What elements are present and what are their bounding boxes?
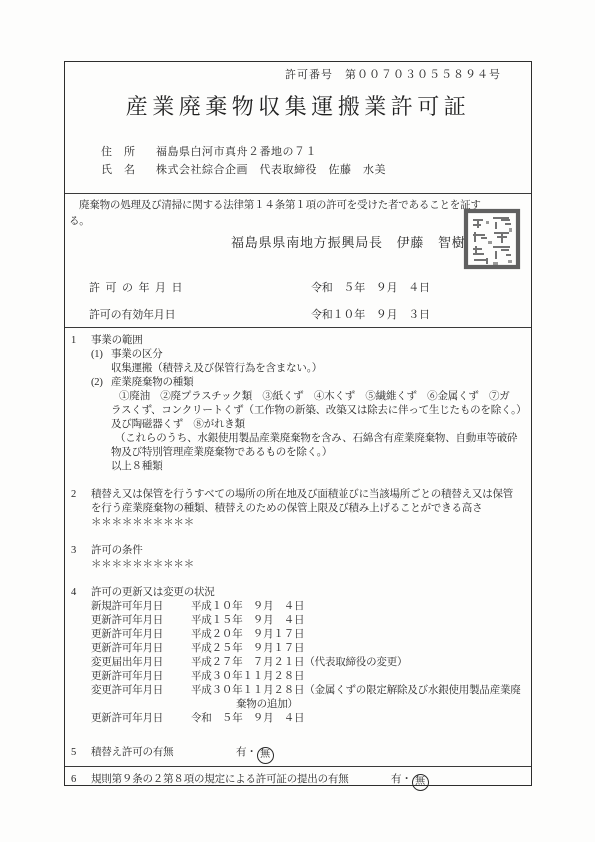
- waste-types-line2: ラスくず、コンクリートくず（工作物の新築、改築又は除去に伴って生じたものを除く。…: [111, 404, 526, 418]
- divider-middle: [65, 327, 531, 328]
- address-label: 住 所: [101, 145, 156, 159]
- document-border-frame: 許可番号 第００７０３０５５８９４号 産業廃棄物収集運搬業許可証 住 所福島県白…: [64, 61, 532, 786]
- section3-value: ＊＊＊＊＊＊＊＊＊＊: [91, 558, 194, 572]
- validity-date-row: 許可の有効年月日令和１０年 ９月 ３日: [89, 308, 430, 322]
- history-row: 更新許可年月日平成２０年 ９月１７日: [91, 628, 304, 642]
- section6-title: 規則第９条の２第８項の規定による許可証の提出の有無: [91, 773, 391, 787]
- permit-date-label: 許可の年月日: [89, 281, 311, 295]
- section2-number: 2: [71, 488, 91, 502]
- history-row: 変更届出年月日平成２７年 ７月２１日（代表取締役の変更）: [91, 656, 407, 670]
- divider-bottom: [65, 766, 531, 767]
- address-value: 福島県白河市真舟２番地の７１: [156, 146, 317, 158]
- history-row: 新規許可年月日平成１０年 ９月 ４日: [91, 600, 304, 614]
- section1-sub2-title: 産業廃棄物の種類: [111, 377, 193, 388]
- section1-sub1-number: (1): [91, 348, 111, 362]
- section5-number: 5: [71, 746, 91, 760]
- history-row-note: （代表取締役の変更）: [304, 657, 407, 668]
- waste-types-line3: 及び陶磁器くず ⑧がれき類: [111, 418, 245, 432]
- name-value: 株式会社綜合企画 代表取締役 佐藤 水美: [156, 164, 386, 176]
- permit-date-row: 許可の年月日令和 ５年 ９月 ４日: [89, 281, 430, 295]
- validity-date-label: 許可の有効年月日: [89, 308, 311, 322]
- section3-heading: 3許可の条件: [71, 544, 143, 558]
- section1-title: 事業の範囲: [91, 335, 143, 346]
- section2-line2: を行う産業廃棄物の種類、積替えのための保管上限及び積み上げることができる高さ: [91, 502, 482, 516]
- waste-note-line2: 物及び特別管理産業廃棄物であるものを除く。）: [111, 446, 332, 460]
- section1-heading: 1事業の範囲: [71, 334, 143, 348]
- section6-heading: 6規則第９条の２第８項の規定による許可証の提出の有無有・無: [71, 773, 429, 787]
- permit-number: 許可番号 第００７０３０５５８９４号: [285, 68, 501, 82]
- page-title: 産業廃棄物収集運搬業許可証: [65, 90, 531, 121]
- section4-number: 4: [71, 586, 91, 600]
- history-row: 更新許可年月日平成３０年１１月２８日: [91, 670, 304, 684]
- waste-types-total: 以上８種類: [111, 460, 163, 474]
- issuer-name: 福島県県南地方振興局長 伊藤 智樹: [231, 236, 466, 250]
- validity-date-value: 令和１０年 ９月 ３日: [311, 309, 430, 321]
- option-no-circled: 無: [257, 747, 274, 764]
- section5-heading: 5積替え許可の有無有・無: [71, 746, 274, 760]
- section4-heading: 4許可の更新又は変更の状況: [71, 586, 215, 600]
- history-row: 更新許可年月日平成２５年 ９月１７日: [91, 642, 304, 656]
- statement-line2: る。: [69, 215, 90, 229]
- section5-title: 積替え許可の有無: [91, 746, 236, 760]
- section2-line1: 積替え又は保管を行うすべての場所の所在地及び面積並びに当該場所ごとの積替え又は保…: [91, 489, 513, 500]
- option-separator: ・: [401, 774, 411, 785]
- section3-title: 許可の条件: [91, 545, 143, 556]
- section3-number: 3: [71, 544, 91, 558]
- history-row: 更新許可年月日平成１５年 ９月 ４日: [91, 614, 304, 628]
- history-row: 更新許可年月日令和 ５年 ９月 ４日: [91, 712, 304, 726]
- permit-date-value: 令和 ５年 ９月 ４日: [311, 282, 430, 294]
- statement-line1: 廃棄物の処理及び清掃に関する法律第１４条第１項の許可を受けた者であることを証す: [79, 199, 481, 213]
- scanned-permit-document: 許可番号 第００７０３０５５８９４号 産業廃棄物収集運搬業許可証 住 所福島県白…: [0, 0, 595, 842]
- section1-sub2-number: (2): [91, 376, 111, 390]
- section1-sub1-heading: (1)事業の区分: [91, 348, 163, 362]
- option-yes: 有: [236, 747, 246, 758]
- section4-title: 許可の更新又は変更の状況: [91, 587, 215, 598]
- name-row: 氏 名株式会社綜合企画 代表取締役 佐藤 水美: [101, 163, 386, 177]
- history-row-note: （金属くずの限定解除及び水銀使用製品産業廃: [304, 685, 520, 696]
- section2-heading: 2積替え又は保管を行うすべての場所の所在地及び面積並びに当該場所ごとの積替え又は…: [71, 488, 513, 502]
- section1-sub1-title: 事業の区分: [111, 349, 163, 360]
- section1-sub2-heading: (2)産業廃棄物の種類: [91, 376, 193, 390]
- address-row: 住 所福島県白河市真舟２番地の７１: [101, 145, 317, 159]
- name-label: 氏 名: [101, 163, 156, 177]
- section6-number: 6: [71, 773, 91, 787]
- history-row-note-continued: 棄物の追加）: [236, 698, 298, 712]
- option-separator: ・: [246, 747, 256, 758]
- section1-number: 1: [71, 334, 91, 348]
- history-row: 変更許可年月日平成３０年１１月２８日（金属くずの限定解除及び水銀使用製品産業廃: [91, 684, 521, 698]
- section2-value: ＊＊＊＊＊＊＊＊＊＊: [91, 516, 194, 530]
- waste-types-line1: ①廃油 ②廃プラスチック類 ③紙くず ④木くず ⑤繊維くず ⑥金属くず ⑦ガ: [119, 390, 510, 404]
- divider-top: [65, 193, 531, 194]
- option-no-circled: 無: [412, 774, 429, 791]
- option-yes: 有: [391, 774, 401, 785]
- official-seal-icon: [463, 208, 521, 270]
- section1-sub1-body: 収集運搬（積替え及び保管行為を含まない。）: [111, 362, 322, 376]
- waste-note-line1: （これらのうち、水銀使用製品産業廃棄物を含み、石綿含有産業廃棄物、自動車等破砕: [115, 432, 517, 446]
